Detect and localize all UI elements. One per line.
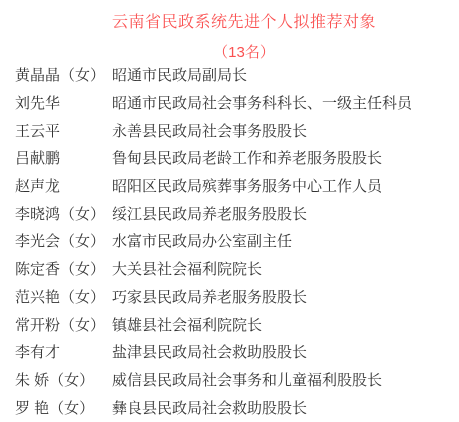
person-name: 李晓鸿（女）	[15, 203, 112, 224]
person-position: 巧家县民政局养老服务股股长	[112, 286, 459, 307]
person-name: 赵声龙	[15, 175, 112, 196]
page-subtitle: （13名）	[15, 44, 459, 61]
person-row: 赵声龙 昭阳区民政局殡葬事务服务中心工作人员	[15, 172, 459, 200]
person-name: 常开粉（女）	[15, 314, 112, 335]
person-position: 昭通市民政局社会事务科科长、一级主任科员	[112, 92, 459, 113]
person-row: 陈定香（女） 大关县社会福利院院长	[15, 255, 459, 283]
person-row: 王云平 永善县民政局社会事务股股长	[15, 116, 459, 144]
person-row: 李光会（女） 水富市民政局办公室副主任	[15, 227, 459, 255]
person-position: 镇雄县社会福利院院长	[112, 314, 459, 335]
person-row: 罗 艳（女） 彝良县民政局社会救助股股长	[15, 393, 459, 421]
person-position: 水富市民政局办公室副主任	[112, 230, 459, 251]
person-position: 昭通市民政局副局长	[112, 64, 459, 85]
person-name: 朱 娇（女）	[15, 369, 112, 390]
person-row: 常开粉（女） 镇雄县社会福利院院长	[15, 310, 459, 338]
person-name: 王云平	[15, 120, 112, 141]
person-position: 大关县社会福利院院长	[112, 258, 459, 279]
person-name: 黄晶晶（女）	[15, 64, 112, 85]
person-name: 罗 艳（女）	[15, 397, 112, 418]
person-row: 李晓鸿（女） 绥江县民政局养老服务股股长	[15, 199, 459, 227]
person-row: 黄晶晶（女） 昭通市民政局副局长	[15, 61, 459, 89]
person-row: 吕献鹏 鲁甸县民政局老龄工作和养老服务股股长	[15, 144, 459, 172]
person-position: 彝良县民政局社会救助股股长	[112, 397, 459, 418]
person-name: 吕献鹏	[15, 147, 112, 168]
person-row: 李有才 盐津县民政局社会救助股股长	[15, 338, 459, 366]
person-name: 李有才	[15, 341, 112, 362]
person-name: 李光会（女）	[15, 230, 112, 251]
person-name: 范兴艳（女）	[15, 286, 112, 307]
person-position: 威信县民政局社会事务和儿童福利股股长	[112, 369, 459, 390]
person-row: 刘先华 昭通市民政局社会事务科科长、一级主任科员	[15, 89, 459, 117]
person-name: 陈定香（女）	[15, 258, 112, 279]
person-position: 昭阳区民政局殡葬事务服务中心工作人员	[112, 175, 459, 196]
document: 云南省民政系统先进个人拟推荐对象 （13名） 黄晶晶（女） 昭通市民政局副局长 …	[0, 14, 459, 421]
person-name: 刘先华	[15, 92, 112, 113]
person-list: 黄晶晶（女） 昭通市民政局副局长 刘先华 昭通市民政局社会事务科科长、一级主任科…	[15, 61, 459, 421]
person-position: 绥江县民政局养老服务股股长	[112, 203, 459, 224]
person-row: 范兴艳（女） 巧家县民政局养老服务股股长	[15, 283, 459, 311]
person-position: 鲁甸县民政局老龄工作和养老服务股股长	[112, 147, 459, 168]
person-row: 朱 娇（女） 威信县民政局社会事务和儿童福利股股长	[15, 366, 459, 394]
page-title: 云南省民政系统先进个人拟推荐对象	[15, 14, 459, 32]
person-position: 盐津县民政局社会救助股股长	[112, 341, 459, 362]
person-position: 永善县民政局社会事务股股长	[112, 120, 459, 141]
